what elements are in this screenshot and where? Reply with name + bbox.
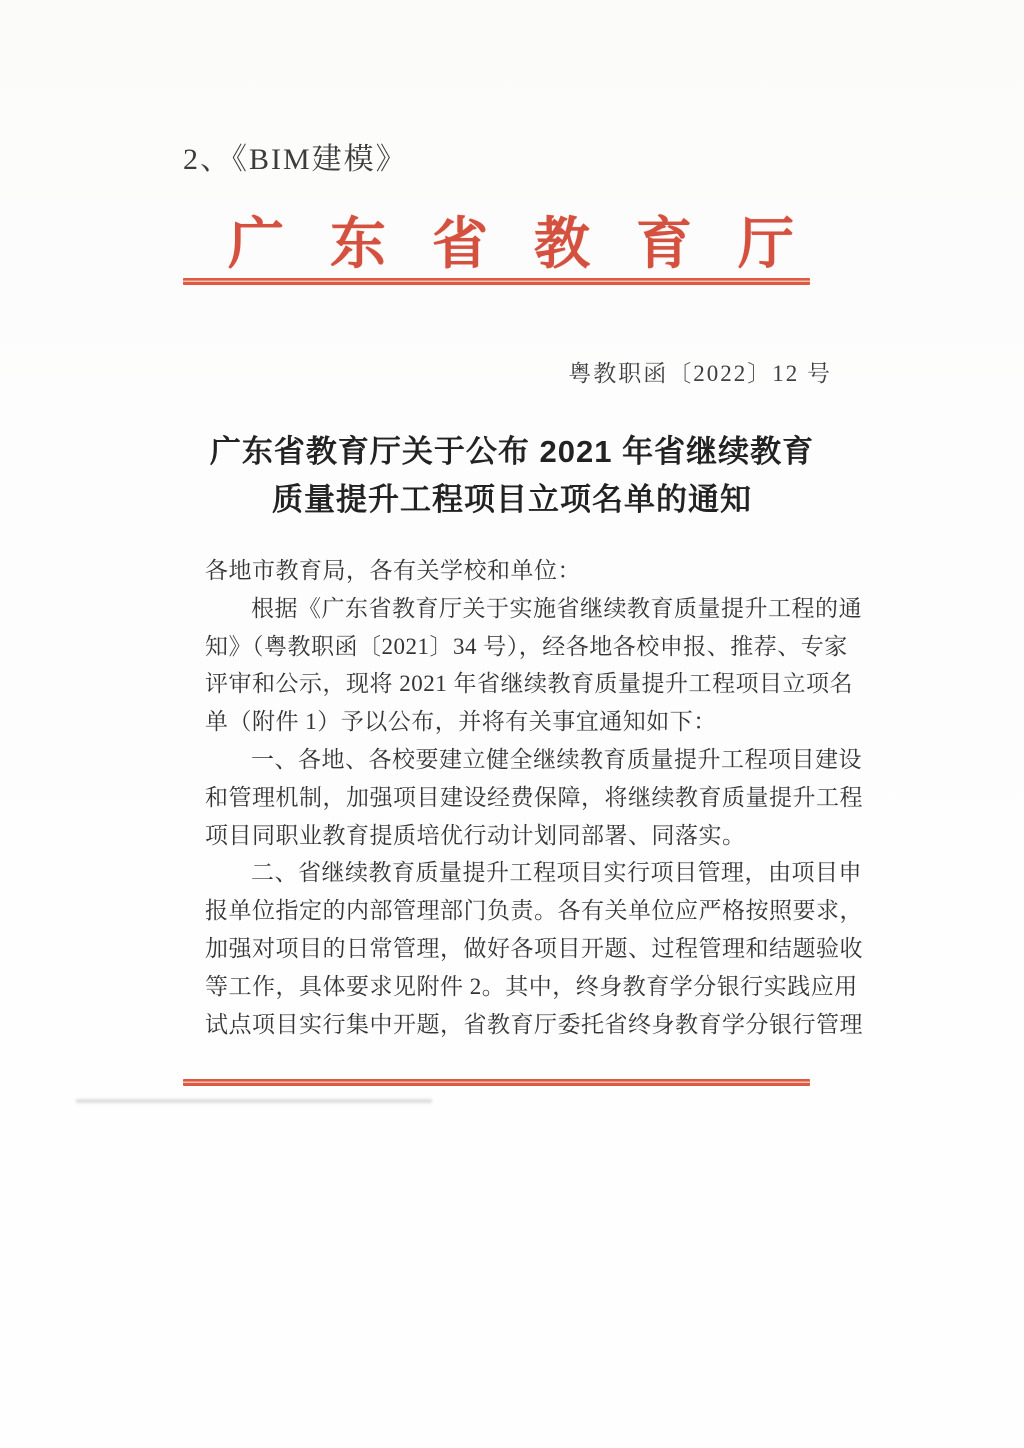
notice-title-line2: 质量提升工程项目立项名单的通知 xyxy=(0,476,1024,524)
body-line: 加强对项目的日常管理，做好各项目开题、过程管理和结题验收 xyxy=(205,930,845,968)
letterhead-char: 省 xyxy=(432,200,488,280)
letterhead-char: 教 xyxy=(534,200,590,280)
body-line: 和管理机制，加强项目建设经费保障，将继续教育质量提升工程 xyxy=(205,779,845,817)
notice-body: 各地市教育局，各有关学校和单位： 根据《广东省教育厅关于实施省继续教育质量提升工… xyxy=(205,552,845,1043)
body-line-salutation: 各地市教育局，各有关学校和单位： xyxy=(205,552,845,590)
document-reference-number: 粤教职函〔2022〕12 号 xyxy=(568,355,832,388)
notice-title: 广东省教育厅关于公布 2021 年省继续教育 质量提升工程项目立项名单的通知 xyxy=(0,428,1024,524)
letterhead-char: 广 xyxy=(228,200,284,280)
body-line: 二、省继续教育质量提升工程项目实行项目管理，由项目申 xyxy=(205,854,845,892)
footer-divider-line xyxy=(183,1079,810,1086)
letterhead-char: 厅 xyxy=(738,200,794,280)
body-line: 等工作，具体要求见附件 2。其中，终身教育学分银行实践应用 xyxy=(205,968,845,1006)
body-line: 根据《广东省教育厅关于实施省继续教育质量提升工程的通 xyxy=(205,590,845,628)
scanned-notice-page: 2、《BIM建模》 广 东 省 教 育 厅 粤教职函〔2022〕12 号 广东省… xyxy=(0,0,1024,1448)
scan-smudge xyxy=(76,1099,432,1103)
letterhead-char: 东 xyxy=(330,200,386,280)
body-line: 知》（粤教职函〔2021〕34 号），经各地各校申报、推荐、专家 xyxy=(205,628,845,666)
letterhead-divider-line xyxy=(183,278,810,285)
body-line: 报单位指定的内部管理部门负责。各有关单位应严格按照要求， xyxy=(205,892,845,930)
body-line: 项目同职业教育提质培优行动计划同部署、同落实。 xyxy=(205,817,845,855)
body-line: 一、各地、各校要建立健全继续教育质量提升工程项目建设 xyxy=(205,741,845,779)
notice-title-line1: 广东省教育厅关于公布 2021 年省继续教育 xyxy=(0,428,1024,476)
letterhead-char: 育 xyxy=(636,200,692,280)
body-line: 单（附件 1）予以公布，并将有关事宜通知如下： xyxy=(205,703,845,741)
body-line: 评审和公示，现将 2021 年省继续教育质量提升工程项目立项名 xyxy=(205,665,845,703)
body-line: 试点项目实行集中开题，省教育厅委托省终身教育学分银行管理 xyxy=(205,1006,845,1044)
attachment-list-item: 2、《BIM建模》 xyxy=(183,134,408,178)
letterhead-title: 广 东 省 教 育 厅 xyxy=(228,200,794,280)
